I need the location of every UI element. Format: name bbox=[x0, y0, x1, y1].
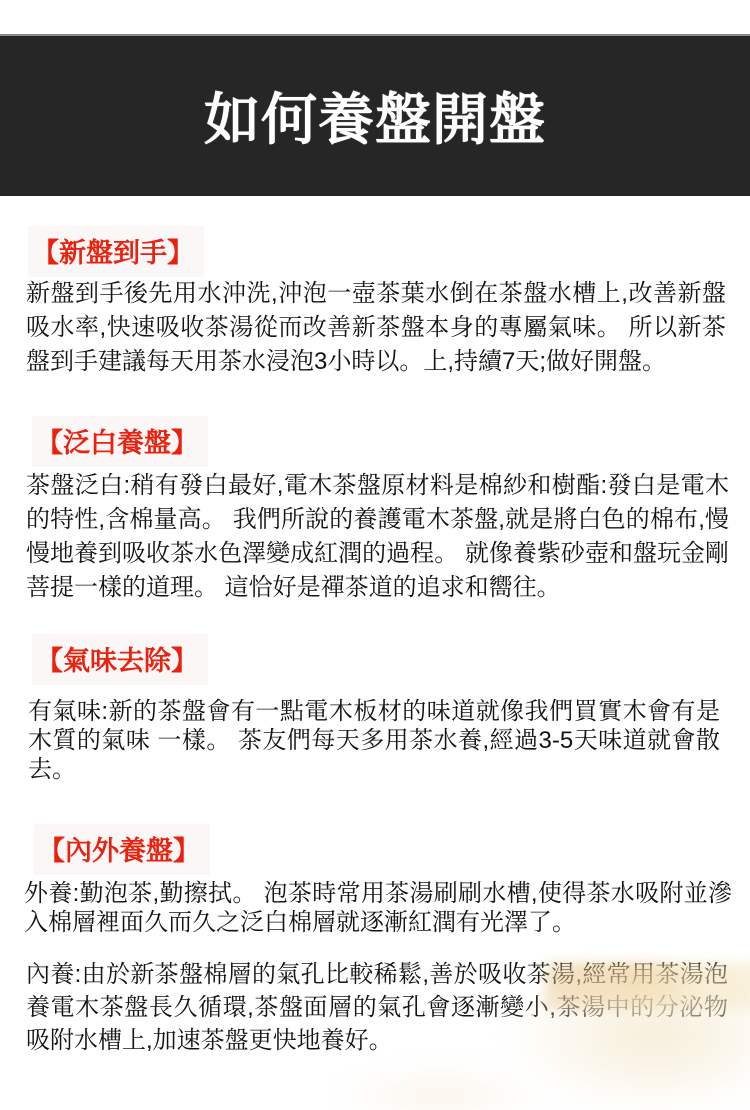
page-root: { "page": { "title": "如何養盤開盤", "colors":… bbox=[0, 0, 750, 1110]
section-heading-whitening-care: 【泛白養盤】 bbox=[32, 416, 208, 467]
paragraph-whitening-care: 茶盤泛白:稍有發白最好,電木茶盤原材料是棉紗和樹酯:發白是電木的特性,含棉量高。… bbox=[26, 469, 729, 605]
section-heading-inner-outer-care: 【內外養盤】 bbox=[34, 824, 210, 875]
header-band: 如何養盤開盤 bbox=[0, 34, 750, 196]
section-heading-new-tray: 【新盤到手】 bbox=[28, 226, 204, 277]
paragraph-odor-removal: 有氣味:新的茶盤會有一點電木板材的味道就像我們買實木會有是木質的氣味 一樣。 茶… bbox=[28, 697, 720, 784]
section-heading-odor-removal: 【氣味去除】 bbox=[32, 634, 208, 685]
paragraph-inner-care: 內養:由於新茶盤棉層的氣孔比較稀鬆,善於吸收茶湯,經常用茶湯泡養電木茶盤長久循環… bbox=[26, 958, 728, 1057]
page-title: 如何養盤開盤 bbox=[204, 76, 546, 156]
paragraph-new-tray: 新盤到手後先用水沖洗,沖泡一壺茶葉水倒在茶盤水槽上,改善新盤吸水率,快速吸收茶湯… bbox=[26, 277, 726, 379]
faded-photo-watermark bbox=[330, 1068, 550, 1110]
paragraph-outer-care: 外養:勤泡茶,勤擦拭。 泡茶時常用茶湯刷刷水槽,使得茶水吸附並滲入棉層裡面久而久… bbox=[24, 879, 732, 937]
